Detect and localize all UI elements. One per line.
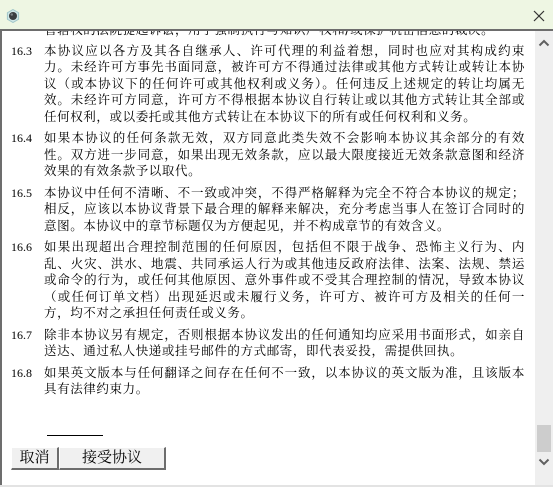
- clause-text: 如果出现超出合理控制范围的任何原因，包括但不限于战争、恐怖主义行为、内乱、火灾、…: [44, 239, 531, 322]
- accept-agreement-button[interactable]: 接受协议: [59, 447, 166, 470]
- clause-16-3: 16.3 本协议应以各方及其各自继承人、许可代理的利益着想，同时也应对其构成约束…: [11, 43, 531, 126]
- scroll-up-button[interactable]: [535, 35, 553, 51]
- clause-16-2-tail: 管辖权的法院提起诉讼，用于强制执行与知识产权和/或保护机密信息的裁决。: [11, 31, 531, 39]
- clause-text: 如果英文版本与任何翻译之间存在任何不一致，以本协议的英文版为准，且该版本具有法律…: [44, 365, 531, 398]
- close-icon: [533, 10, 545, 22]
- clause-number: 16.8: [11, 365, 44, 398]
- clause-16-5: 16.5 本协议中任何不清晰、不一致或冲突，不得严格解释为完全不符合本协议的规定…: [11, 185, 531, 235]
- clause-number: 16.5: [11, 185, 44, 235]
- signature-line: [47, 435, 103, 436]
- clause-16-6: 16.6 如果出现超出合理控制范围的任何原因，包括但不限于战争、恐怖主义行为、内…: [11, 239, 531, 322]
- clause-number: 16.3: [11, 43, 44, 126]
- button-bar: 取消 接受协议: [11, 447, 166, 470]
- title-bar[interactable]: [0, 0, 553, 31]
- close-button[interactable]: [529, 6, 549, 26]
- clause-text: 除非本协议另有规定，否则根据本协议发出的任何通知均应采用书面形式，如亲自送达、通…: [44, 327, 531, 360]
- clause-text: 本协议中任何不清晰、不一致或冲突，不得严格解释为完全不符合本协议的规定；相反，应…: [44, 185, 531, 235]
- clause-16-7: 16.7 除非本协议另有规定，否则根据本协议发出的任何通知均应采用书面形式，如亲…: [11, 327, 531, 360]
- scroll-thumb[interactable]: [537, 425, 551, 452]
- cancel-button[interactable]: 取消: [11, 447, 59, 470]
- clause-text: 本协议应以各方及其各自继承人、许可代理的利益着想，同时也应对其构成约束力。未经许…: [44, 43, 531, 126]
- agreement-content-area[interactable]: 管辖权的法院提起诉讼，用于强制执行与知识产权和/或保护机密信息的裁决。 16.3…: [0, 31, 535, 487]
- app-orb-icon: [6, 8, 20, 22]
- license-agreement-window: 管辖权的法院提起诉讼，用于强制执行与知识产权和/或保护机密信息的裁决。 16.3…: [0, 0, 553, 487]
- clause-number: 16.6: [11, 239, 44, 322]
- chevron-down-icon: [538, 458, 550, 466]
- clause-number: 16.7: [11, 327, 44, 360]
- scroll-down-button[interactable]: [535, 454, 553, 470]
- clause-number: 16.4: [11, 130, 44, 180]
- clause-text: 如果本协议的任何条款无效，双方同意此类失效不会影响本协议其余部分的有效性。双方进…: [44, 130, 531, 180]
- clause-16-4: 16.4 如果本协议的任何条款无效，双方同意此类失效不会影响本协议其余部分的有效…: [11, 130, 531, 180]
- vertical-scrollbar[interactable]: [535, 31, 553, 487]
- chevron-up-icon: [538, 39, 550, 47]
- agreement-document: 管辖权的法院提起诉讼，用于强制执行与知识产权和/或保护机密信息的裁决。 16.3…: [11, 31, 531, 403]
- clause-16-8: 16.8 如果英文版本与任何翻译之间存在任何不一致，以本协议的英文版为准，且该版…: [11, 365, 531, 398]
